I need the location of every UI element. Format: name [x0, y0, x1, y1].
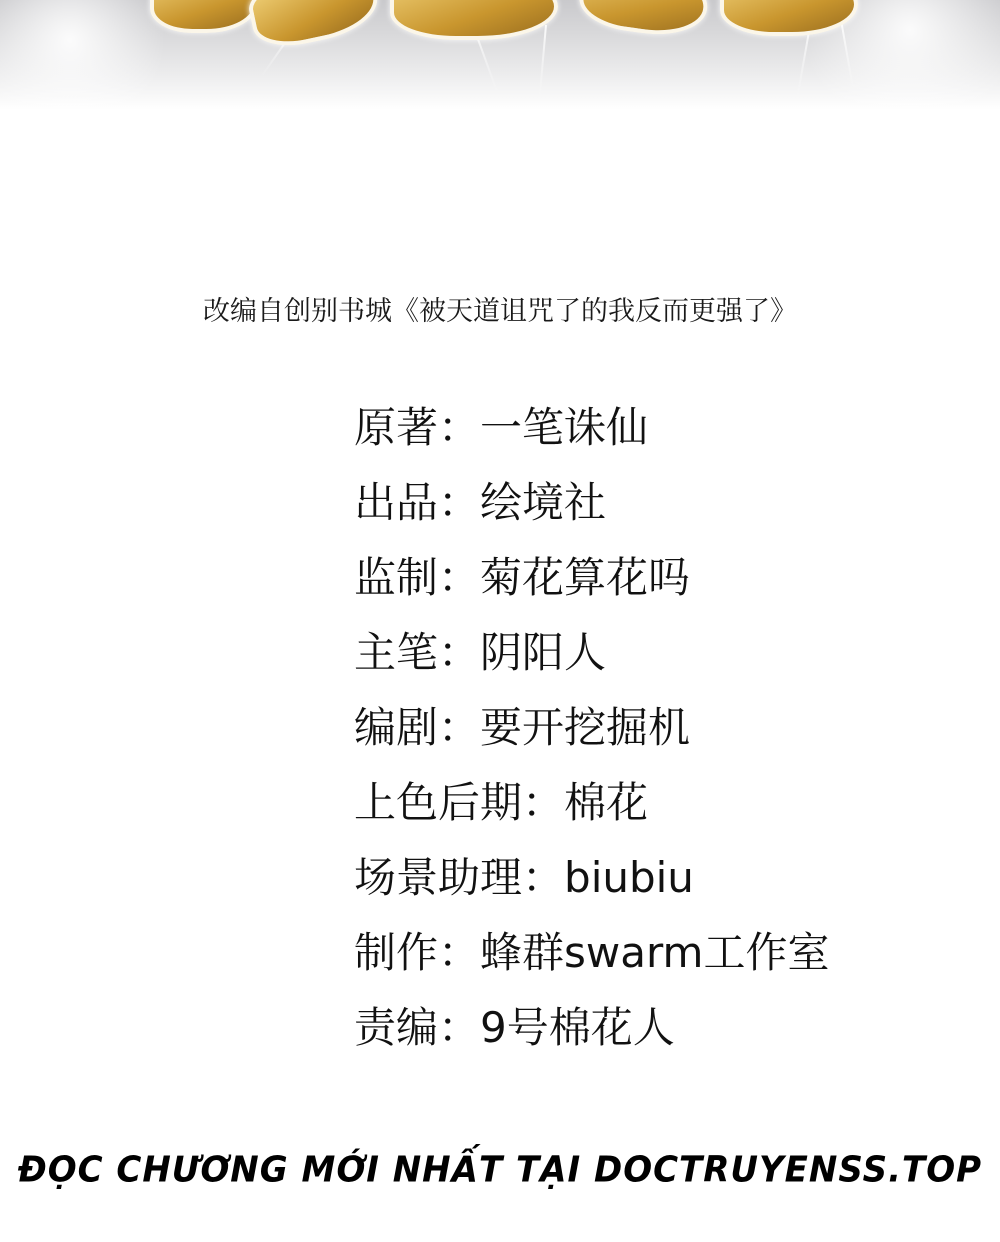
credit-scene-assistant: 场景助理：biubiu	[354, 850, 829, 925]
credit-role: 原著	[354, 403, 438, 452]
credit-name: 绘境社	[480, 478, 606, 527]
credit-role: 主笔	[354, 628, 438, 677]
credit-role: 场景助理	[354, 853, 522, 902]
adaptation-subtitle: 改编自创别书城《被天道诅咒了的我反而更强了》	[0, 294, 1000, 324]
subtitle-text: 改编自创别书城《被天道诅咒了的我反而更强了》	[203, 294, 797, 324]
title-glyph	[576, 0, 712, 42]
credit-production-studio: 制作：蜂群swarm工作室	[354, 925, 829, 1000]
credit-original-author: 原著：一笔诛仙	[354, 400, 829, 475]
credit-separator: ：	[438, 1003, 480, 1052]
credit-name: 9号棉花人	[480, 1003, 675, 1052]
title-glyph	[390, 0, 558, 40]
watermark-text: ĐỌC CHƯƠNG MỚI NHẤT TẠI DOCTRUYENSS.TOP	[18, 1149, 982, 1191]
credit-separator: ：	[438, 628, 480, 677]
credit-lead-artist: 主笔：阴阳人	[354, 625, 829, 700]
credit-name: 蜂群swarm工作室	[480, 928, 829, 977]
credit-role: 上色后期	[354, 778, 522, 827]
credit-separator: ：	[522, 778, 564, 827]
credit-separator: ：	[438, 403, 480, 452]
credit-name: 棉花	[564, 778, 648, 827]
credit-producer: 出品：绘境社	[354, 475, 829, 550]
credit-separator: ：	[522, 853, 564, 902]
title-banner	[0, 0, 1000, 110]
credit-separator: ：	[438, 478, 480, 527]
credit-separator: ：	[438, 928, 480, 977]
credit-name: 要开挖掘机	[480, 703, 690, 752]
credit-role: 责编	[354, 1003, 438, 1052]
watermark-footer: ĐỌC CHƯƠNG MỚI NHẤT TẠI DOCTRUYENSS.TOP	[0, 1149, 1000, 1191]
title-glyph	[245, 0, 384, 54]
credit-screenwriter: 编剧：要开挖掘机	[354, 700, 829, 775]
title-glyph	[150, 0, 258, 33]
credit-editor: 责编：9号棉花人	[354, 1000, 829, 1075]
credit-role: 制作	[354, 928, 438, 977]
credit-role: 出品	[354, 478, 438, 527]
credit-separator: ：	[438, 553, 480, 602]
credit-name: 阴阳人	[480, 628, 606, 677]
credit-role: 编剧	[354, 703, 438, 752]
credit-name: 菊花算花吗	[480, 553, 690, 602]
credit-name: biubiu	[564, 853, 694, 902]
credit-colorist: 上色后期：棉花	[354, 775, 829, 850]
credit-role: 监制	[354, 553, 438, 602]
credits-list: 原著：一笔诛仙 出品：绘境社 监制：菊花算花吗 主笔：阴阳人 编剧：要开挖掘机 …	[354, 400, 829, 1075]
credit-supervisor: 监制：菊花算花吗	[354, 550, 829, 625]
light-streak	[538, 25, 547, 100]
credit-separator: ：	[438, 703, 480, 752]
credit-name: 一笔诛仙	[480, 403, 648, 452]
